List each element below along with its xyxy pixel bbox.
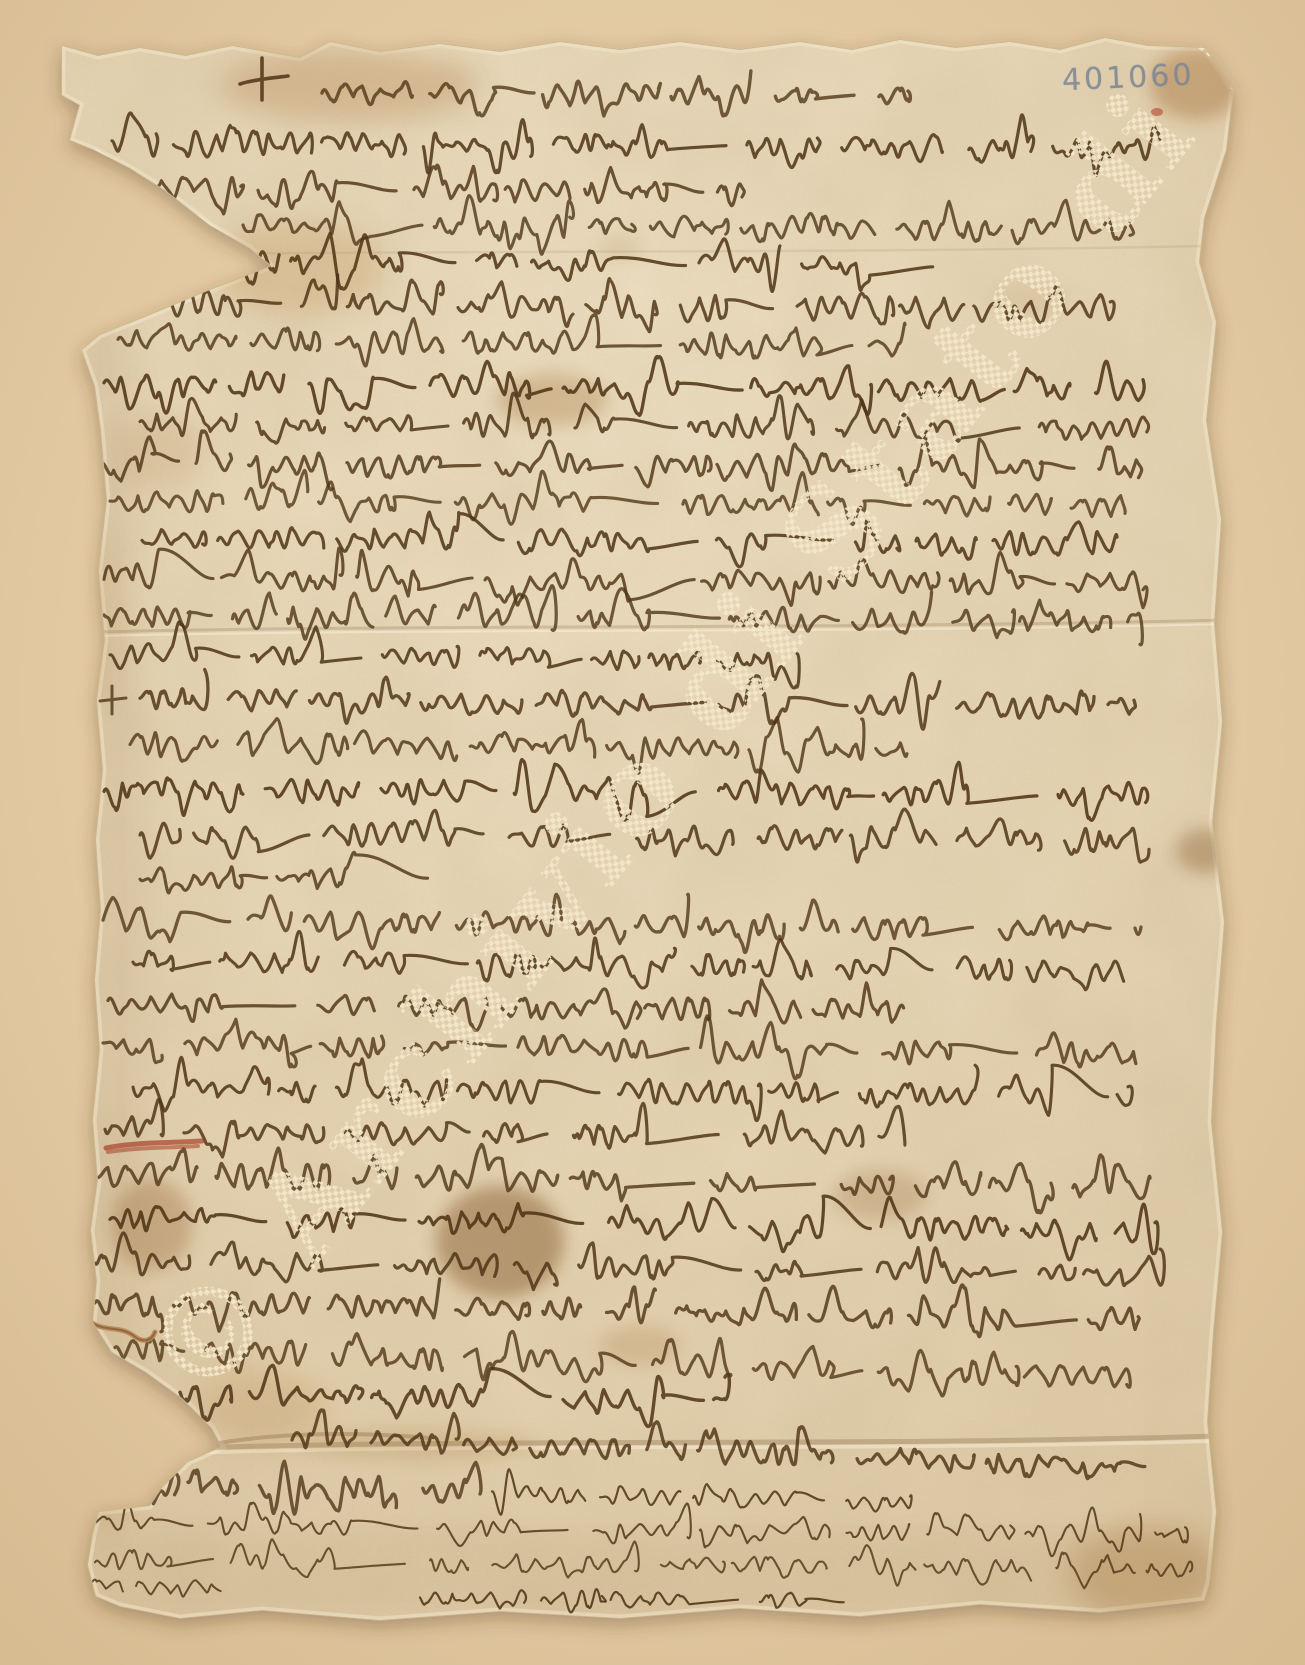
scan-canvas: © Archivio di Stato di Prato xyxy=(0,0,1305,1665)
scanned-manuscript-page: © Archivio di Stato di Prato 401060 xyxy=(0,0,1305,1665)
archival-number: 401060 xyxy=(1061,57,1212,99)
